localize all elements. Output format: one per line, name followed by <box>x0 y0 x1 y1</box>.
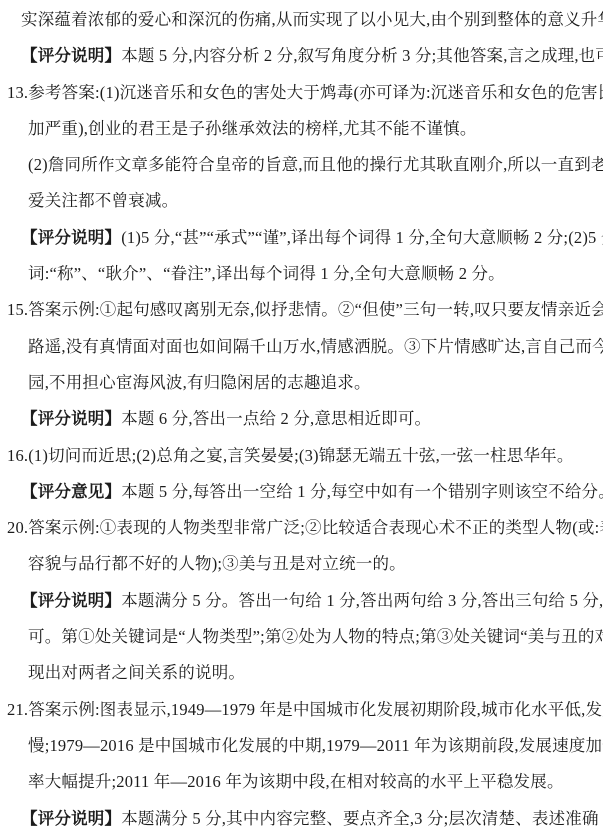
scoring-note: 【评分说明】本题 6 分,答出一点给 2 分,意思相近即可。 <box>21 400 603 436</box>
line-text: 路遥,没有真情面对面也如间隔千山万水,情感洒脱。③下片情感旷达,言自己而今归退田 <box>28 337 603 356</box>
scoring-label: 【评分说明】 <box>21 46 121 65</box>
line-text: (2)詹同所作文章多能符合皇帝的旨意,而且他的操行尤其耿直刚介,所以一直到老皇帝… <box>28 155 603 174</box>
line-text: 可。第①处关键词是“人物类型”;第②处为人物的特点;第③处关键词“美与丑的对比”… <box>28 627 603 646</box>
scoring-note: 【评分说明】本题 5 分,内容分析 2 分,叙写角度分析 3 分;其他答案,言之… <box>21 37 603 73</box>
line-text: 20.答案示例:①表现的人物类型非常广泛;②比较适合表现心术不正的类型人物(或:… <box>7 518 603 537</box>
answer-21-line-1: 21.答案示例:图表显示,1949—1979 年是中国城市化发展初期阶段,城市化… <box>7 691 603 727</box>
answer-20-line-2: 容貌与品行都不好的人物);③美与丑是对立统一的。 <box>28 545 603 581</box>
line-text: 13.参考答案:(1)沉迷音乐和女色的害处大于鸩毒(亦可译为:沉迷音乐和女色的危… <box>7 83 603 102</box>
line-text: 本题 6 分,答出一点给 2 分,意思相近即可。 <box>121 409 431 428</box>
answer-13-line-4: 爱关注都不曾衰减。 <box>28 182 603 218</box>
line-text: 率大幅提升;2011 年—2016 年为该期中段,在相对较高的水平上平稳发展。 <box>28 772 564 791</box>
answer-21-line-2: 慢;1979—2016 是中国城市化发展的中期,1979—2011 年为该期前段… <box>28 727 603 763</box>
scoring-label: 【评分说明】 <box>21 591 121 610</box>
line-text: 本题满分 5 分。答出一句给 1 分,答出两句给 3 分,答出三句给 5 分,意… <box>121 591 603 610</box>
answer-13-line-1: 13.参考答案:(1)沉迷音乐和女色的害处大于鸩毒(亦可译为:沉迷音乐和女色的危… <box>7 74 603 110</box>
answer-15-line-2: 路遥,没有真情面对面也如间隔千山万水,情感洒脱。③下片情感旷达,言自己而今归退田 <box>28 328 603 364</box>
answer-13-line-3: (2)詹同所作文章多能符合皇帝的旨意,而且他的操行尤其耿直刚介,所以一直到老皇帝… <box>28 146 603 182</box>
scoring-label: 【评分说明】 <box>21 809 121 828</box>
answer-15-line-1: 15.答案示例:①起句感叹离别无奈,似抒悲情。②“但使”三句一转,叹只要友情亲近… <box>7 291 603 327</box>
line-text: 本题满分 5 分,其中内容完整、要点齐全,3 分;层次清楚、表述准确 2 分。 <box>121 809 603 828</box>
scoring-note: 【评分说明】本题满分 5 分。答出一句给 1 分,答出两句给 3 分,答出三句给… <box>21 582 603 618</box>
answer-15-line-3: 园,不用担心宦海风波,有归隐闲居的志趣追求。 <box>28 364 603 400</box>
answer-16-line-1: 16.(1)切问而近思;(2)总角之宴,言笑晏晏;(3)锦瑟无端五十弦,一弦一柱… <box>7 437 603 473</box>
line-text: 词:“称”、“耿介”、“眷注”,译出每个词得 1 分,全句大意顺畅 2 分。 <box>28 264 505 283</box>
line-text: 本题 5 分,每答出一空给 1 分,每空中如有一个错别字则该空不给分。 <box>121 482 603 501</box>
line-text: 21.答案示例:图表显示,1949—1979 年是中国城市化发展初期阶段,城市化… <box>7 700 603 719</box>
line-text: 加严重),创业的君王是子孙继承效法的榜样,尤其不能不谨慎。 <box>28 119 477 138</box>
line-text: 实深蕴着浓郁的爱心和深沉的伤痛,从而实现了以小见大,由个别到整体的意义升华。 <box>21 10 603 29</box>
answer-20-line-1: 20.答案示例:①表现的人物类型非常广泛;②比较适合表现心术不正的类型人物(或:… <box>7 509 603 545</box>
line-text: (1)5 分,“甚”“承式”“谨”,译出每个词得 1 分,全句大意顺畅 2 分;… <box>121 228 603 247</box>
scoring-note-continuation: 可。第①处关键词是“人物类型”;第②处为人物的特点;第③处关键词“美与丑的对比”… <box>28 618 603 654</box>
answer-key-document: 实深蕴着浓郁的爱心和深沉的伤痛,从而实现了以小见大,由个别到整体的意义升华。 【… <box>0 0 603 838</box>
scoring-label: 【评分说明】 <box>21 228 121 247</box>
scoring-note: 【评分说明】(1)5 分,“甚”“承式”“谨”,译出每个词得 1 分,全句大意顺… <box>21 219 603 255</box>
line-text: 慢;1979—2016 是中国城市化发展的中期,1979—2011 年为该期前段… <box>28 736 603 755</box>
line-text: 园,不用担心宦海风波,有归隐闲居的志趣追求。 <box>28 373 371 392</box>
answer-continuation-line: 实深蕴着浓郁的爱心和深沉的伤痛,从而实现了以小见大,由个别到整体的意义升华。 <box>21 1 603 37</box>
scoring-label: 【评分说明】 <box>21 409 121 428</box>
scoring-note: 【评分说明】本题满分 5 分,其中内容完整、要点齐全,3 分;层次清楚、表述准确… <box>21 800 603 836</box>
scoring-label: 【评分意见】 <box>21 482 121 501</box>
answer-21-line-3: 率大幅提升;2011 年—2016 年为该期中段,在相对较高的水平上平稳发展。 <box>28 763 603 799</box>
line-text: 爱关注都不曾衰减。 <box>28 191 178 210</box>
line-text: 容貌与品行都不好的人物);③美与丑是对立统一的。 <box>28 554 406 573</box>
line-text: 16.(1)切问而近思;(2)总角之宴,言笑晏晏;(3)锦瑟无端五十弦,一弦一柱… <box>7 446 574 465</box>
line-text: 本题 5 分,内容分析 2 分,叙写角度分析 3 分;其他答案,言之成理,也可给… <box>121 46 603 65</box>
scoring-note-continuation: 现出对两者之间关系的说明。 <box>28 654 603 690</box>
scoring-note: 【评分意见】本题 5 分,每答出一空给 1 分,每空中如有一个错别字则该空不给分… <box>21 473 603 509</box>
line-text: 15.答案示例:①起句感叹离别无奈,似抒悲情。②“但使”三句一转,叹只要友情亲近… <box>7 300 603 319</box>
scoring-note-continuation: 词:“称”、“耿介”、“眷注”,译出每个词得 1 分,全句大意顺畅 2 分。 <box>28 255 603 291</box>
line-text: 现出对两者之间关系的说明。 <box>28 663 245 682</box>
answer-13-line-2: 加严重),创业的君王是子孙继承效法的榜样,尤其不能不谨慎。 <box>28 110 603 146</box>
